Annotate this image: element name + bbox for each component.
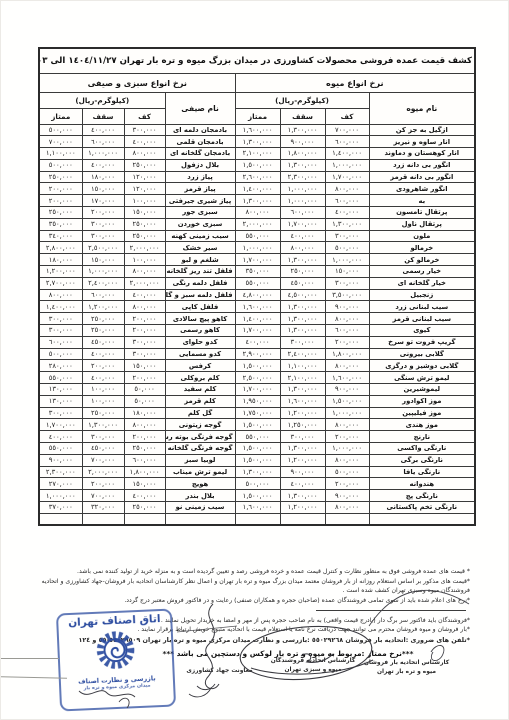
- veg-premium-cell: ٢٥٠,٠٠٠: [39, 207, 82, 219]
- fruit-premium-cell: ٤,٨٠٠,٠٠٠: [235, 289, 280, 301]
- fruit-premium-cell: ١,٥٠٠,٠٠٠: [235, 360, 280, 372]
- fruit-premium-cell: ١,٥٠٠,٠٠٠: [235, 159, 280, 171]
- veg-premium-cell: ١,٧٠٠,٠٠٠: [39, 419, 82, 431]
- veg-premium-cell: ٣٤٠,٠٠٠: [39, 230, 82, 242]
- veg-premium-cell: ١٨٠,٠٠٠: [39, 254, 82, 266]
- fruit-name-cell: انگور بی دانه قرمز: [369, 171, 475, 183]
- fruit-ceiling-cell: ١,٣٠٠,٠٠٠: [280, 159, 325, 171]
- veg-premium-cell: ١٣٠,٠٠٠: [39, 384, 82, 396]
- fruit-name-cell: ازگیل به جز کن: [369, 124, 475, 136]
- fruit-ceiling-cell: ١,٢٠٠,٠٠٠: [280, 502, 325, 514]
- table-row: نارنگی یافا٥٠٠,٠٠٠٩٠٠,٠٠٠١,٣٠٠,٠٠٠لیمو ت…: [39, 466, 475, 478]
- scan-artifact-line: [1, 658, 59, 659]
- fruit-ceiling-cell: ١,٢٠٠,٠٠٠: [280, 407, 325, 419]
- table-row: لیمو ترش سنگی١,٦٠٠,٠٠٠٢,١٠٠,٠٠٠٢,٥٠٠,٠٠٠…: [39, 372, 475, 384]
- fruit-ceiling-cell: ١,٣٠٠,٠٠٠: [280, 490, 325, 502]
- veg-premium-cell: ٥٠٠,٠٠٠: [39, 124, 82, 136]
- table-row: انگور بی دانه زرد١,٠٠٠,٠٠٠١,٣٠٠,٠٠٠١,٥٠٠…: [39, 159, 475, 171]
- fruit-name-cell: کیوی: [369, 325, 475, 337]
- veg-name-cell: کرفس: [165, 360, 235, 372]
- fruit-name-cell: لیمو ترش سنگی: [369, 372, 475, 384]
- table-row: موز هندی٨٠٠,٠٠٠١,٢٥٠,٠٠٠١,٥٠٠,٠٠٠گوجه زی…: [39, 419, 475, 431]
- fruit-premium-cell: ١,٧٥٠,٠٠٠: [235, 407, 280, 419]
- fruit-name-cell: نارنگی تخم پاکستانی: [369, 502, 475, 514]
- veg-name-cell: هویج: [165, 478, 235, 490]
- fruit-ceiling-cell: ١,٣٠٠,٠٠٠: [280, 124, 325, 136]
- guild-chamber-stamp: اتاق اصناف تهران بازرسی و نظارت اصناف می…: [56, 609, 176, 712]
- veg-floor-cell: ٣٠٠,٠٠٠: [124, 336, 165, 348]
- veg-name-cell: گوجه فرنگی بوته رس: [165, 431, 235, 443]
- fruit-premium-cell: ٢,٥٠٠,٠٠٠: [235, 372, 280, 384]
- table-row: لیموشیرین٩٠٠,٠٠٠١,٣٠٠,٠٠٠١,٧٠٠,٠٠٠کلم سف…: [39, 384, 475, 396]
- table-row: انار ساوه و نیریز٦٠٠,٠٠٠٩٠٠,٠٠٠١,٣٠٠,٠٠٠…: [39, 136, 475, 148]
- table-row: نارنگی تخم پاکستانی٨٠٠,٠٠٠١,٢٠٠,٠٠٠١,٦٠٠…: [39, 502, 475, 514]
- table-row: ازگیل به جز کن٧٠٠,٠٠٠١,٣٠٠,٠٠٠١,٦٠٠,٠٠٠ب…: [39, 124, 475, 136]
- signature-label-jahad: معاونت جهاد کشاورزی: [177, 667, 262, 676]
- veg-floor-cell: ٨٠٠,٠٠٠: [124, 266, 165, 278]
- fruit-floor-cell: ٦٠٠,٠٠٠: [325, 325, 369, 337]
- veg-name-cell: فلفل تند ریز گلخانه: [165, 266, 235, 278]
- veg-premium-cell: ٣٧٠,٠٠٠: [39, 502, 82, 514]
- veg-floor-cell: ٢٥٠,٠٠٠: [124, 502, 165, 514]
- veg-ceiling-cell: ٤٠٠,٠٠٠: [82, 348, 124, 360]
- veg-name-cell: لوبیا سبز: [165, 454, 235, 466]
- veg-ceiling-cell: ٢٥٠,٠٠٠: [82, 325, 124, 337]
- veg-premium-cell: ٢٥٠,٠٠٠: [39, 171, 82, 183]
- veg-floor-cell: ١٠٠,٠٠٠: [124, 254, 165, 266]
- fruit-ceiling-cell: ١,٧٠٠,٠٠٠: [280, 218, 325, 230]
- fruit-name-cell: ملون: [369, 230, 475, 242]
- table-row: موز فیلیپین١,٠٠٠,٠٠٠١,٢٠٠,٠٠٠١,٧٥٠,٠٠٠گل…: [39, 407, 475, 419]
- fruit-name-cell: گلابی بیرونی: [369, 348, 475, 360]
- fruit-floor-cell: ١,٨٠٠,٠٠٠: [325, 348, 369, 360]
- veg-floor-cell: ١٨٠,٠٠٠: [124, 407, 165, 419]
- table-row: خرمالو کن١,٠٠٠,٠٠٠١,٣٠٠,٠٠٠١,٧٠٠,٠٠٠شلغم…: [39, 254, 475, 266]
- price-table-body: ازگیل به جز کن٧٠٠,٠٠٠١,٣٠٠,٠٠٠١,٦٠٠,٠٠٠ب…: [39, 124, 475, 525]
- veg-name-cell: سیب زمینی نو: [165, 502, 235, 514]
- fruit-ceiling-cell: ١,٨٠٠,٠٠٠: [280, 148, 325, 160]
- veg-name-cell: فلفل دلمه رنگی: [165, 277, 235, 289]
- veg-floor-cell: ٢٠٠,٠٠٠: [124, 313, 165, 325]
- fruit-floor-cell: ٢٠٠,٠٠٠: [325, 336, 369, 348]
- veg-premium-cell: ٦٠٠,٠٠٠: [39, 336, 82, 348]
- fruit-ceiling-cell: ١,٣٠٠,٠٠٠: [280, 301, 325, 313]
- fruit-name-cell: به: [369, 195, 475, 207]
- table-row: زنجبیل٣,٥٠٠,٠٠٠٤,٥٠٠,٠٠٠٤,٨٠٠,٠٠٠فلفل دل…: [39, 289, 475, 301]
- fruit-premium-cell: ١,٠٠٠,٠٠٠: [235, 242, 280, 254]
- fruit-ceiling-cell: ١,١٠٠,٠٠٠: [280, 360, 325, 372]
- table-row: پرتقال ناول١,٣٠٠,٠٠٠١,٧٠٠,٠٠٠٢,٠٠٠,٠٠٠سب…: [39, 218, 475, 230]
- fruit-floor-cell: ١,٦٠٠,٠٠٠: [325, 372, 369, 384]
- fruit-premium-cell: ١,٦٠٠,٠٠٠: [235, 502, 280, 514]
- veg-premium-cell: [39, 513, 82, 525]
- table-row: موز اکوادور١,٥٠٠,٠٠٠١,٦٠٠,٠٠٠١,٩٥٠,٠٠٠کل…: [39, 395, 475, 407]
- fruit-ceiling-cell: ١,٦٠٠,٠٠٠: [280, 395, 325, 407]
- fruit-premium-cell: ٢,٦٠٠,٠٠٠: [235, 171, 280, 183]
- veg-floor-cell: ١٢٠,٠٠٠: [124, 171, 165, 183]
- veg-name-cell: کدو حلوای: [165, 336, 235, 348]
- fruit-floor-cell: ٢٠٠,٠٠٠: [325, 431, 369, 443]
- fruit-ceiling-cell: ٤٠٠,٠٠٠: [280, 230, 325, 242]
- fruit-floor-cell: ٣٠٠,٠٠٠: [325, 277, 369, 289]
- fruit-premium-cell: ١,٧٠٠,٠٠٠: [235, 325, 280, 337]
- veg-floor-cell: ٤٠٠,٠٠٠: [124, 136, 165, 148]
- fruit-floor-cell: ٨٠٠,٠٠٠: [325, 183, 369, 195]
- veg-floor-cell: ٨٠٠,٠٠٠: [124, 419, 165, 431]
- fruit-premium-cell: ٥٥٠,٠٠٠: [235, 230, 280, 242]
- veg-ceiling-cell: ١,٠٠٠,٠٠٠: [82, 148, 124, 160]
- veg-ceiling-cell: ٢,٠٠٠,٠٠٠: [82, 466, 124, 478]
- fruit-premium-cell: ١,٩٥٠,٠٠٠: [235, 395, 280, 407]
- veg-floor-cell: ١٥٠,٠٠٠: [124, 360, 165, 372]
- fruit-name-cell: موز اکوادور: [369, 395, 475, 407]
- fruit-floor-cell: ٥٠٠,٠٠٠: [325, 242, 369, 254]
- veg-premium-cell: ٩٠٠,٠٠٠: [39, 454, 82, 466]
- fruit-premium-cell: ١,٦٠٠,٠٠٠: [235, 124, 280, 136]
- fruit-ceiling-cell: ٨٠٠,٠٠٠: [280, 242, 325, 254]
- fruit-name-cell: پرتقال ناول: [369, 218, 475, 230]
- table-row: انگور بی دانه قرمز١,٧٠٠,٠٠٠٢,٣٠٠,٠٠٠٢,٦٠…: [39, 171, 475, 183]
- document-page: کشف قیمت عمده فروشی محصولات کشاورزی در م…: [0, 0, 509, 720]
- fruit-section-header: نرخ انواع میوه: [235, 73, 475, 92]
- fruit-premium-cell: ٢,١٠٠,٠٠٠: [235, 148, 280, 160]
- table-row: نارنگی برگی٨٠٠,٠٠٠١,٢٠٠,٠٠٠١,٥٠٠,٠٠٠لوبی…: [39, 454, 475, 466]
- fruit-floor-cell: ٥٠٠,٠٠٠: [325, 466, 369, 478]
- veg-floor-cell: ٢٠٠,٠٠٠: [124, 372, 165, 384]
- table-row: گلابی بیرونی١,٨٠٠,٠٠٠٢,٤٠٠,٠٠٠٢,٩٠٠,٠٠٠ک…: [39, 348, 475, 360]
- veg-premium-cell: ٣٠٠,٠٠٠: [39, 407, 82, 419]
- fruit-name-cell: گریپ فروت تو سرخ: [369, 336, 475, 348]
- veg-ceiling-cell: ٢٥٠,٠٠٠: [82, 407, 124, 419]
- fruit-premium-cell: [235, 513, 280, 525]
- veg-ceiling-cell: ٧٠٠,٠٠٠: [82, 490, 124, 502]
- fruit-floor-cell: ١,٠٠٠,٠٠٠: [325, 407, 369, 419]
- fruit-ceiling-cell: ١,٣٠٠,٠٠٠: [280, 254, 325, 266]
- table-row: هندوانه٢٠٠,٠٠٠٤٠٠,٠٠٠٥٠٠,٠٠٠هویج١٥٠,٠٠٠٢…: [39, 478, 475, 490]
- title-row: کشف قیمت عمده فروشی محصولات کشاورزی در م…: [39, 48, 475, 73]
- veg-floor-cell: ٢٥٠,٠٠٠: [124, 230, 165, 242]
- fruit-name-cell: نارنج: [369, 431, 475, 443]
- fruit-floor-cell: ٧٠٠,٠٠٠: [325, 124, 369, 136]
- veg-ceiling-cell: ١٥٠,٠٠٠: [82, 183, 124, 195]
- veg-ceiling-cell: ٤٠٠,٠٠٠: [82, 124, 124, 136]
- fruit-name-cell: انگور شاهرودی: [369, 183, 475, 195]
- veg-ceiling-cell: ١٠٠,٠٠٠: [82, 384, 124, 396]
- fruit-floor-header: کف: [325, 108, 369, 124]
- veg-ceiling-cell: ١٥٠,٠٠٠: [82, 254, 124, 266]
- fruit-premium-cell: ١,٦٠٠,٠٠٠: [235, 301, 280, 313]
- veg-name-cell: شلغم و لبو: [165, 254, 235, 266]
- fruit-floor-cell: ٨٠٠,٠٠٠: [325, 419, 369, 431]
- table-row: خیار رسمی١٥٠,٠٠٠٢٥٠,٠٠٠٣٥٠,٠٠٠فلفل تند ر…: [39, 266, 475, 278]
- fruit-name-cell: زنجبیل: [369, 289, 475, 301]
- veg-ceiling-cell: ٣٠٠,٠٠٠: [82, 431, 124, 443]
- fruit-floor-cell: ١٥٠,٠٠٠: [325, 266, 369, 278]
- fruit-floor-cell: ٦٠٠,٠٠٠: [325, 195, 369, 207]
- fruit-ceiling-cell: [280, 513, 325, 525]
- veg-floor-cell: ٥٠,٠٠٠: [124, 384, 165, 396]
- fruit-name-cell: نارنگی یافا: [369, 466, 475, 478]
- fruit-premium-cell: ٤٠٠,٠٠٠: [235, 336, 280, 348]
- veg-premium-cell: ٨٠٠,٠٠٠: [39, 289, 82, 301]
- fruit-floor-cell: ٣٠٠,٠٠٠: [325, 230, 369, 242]
- veg-name-cell: بادمجان گلخانه ای: [165, 148, 235, 160]
- fruit-premium-cell: ٨٠٠,٠٠٠: [235, 207, 280, 219]
- veg-section-header: نرخ انواع سبزی و صیفی: [39, 73, 235, 92]
- fruit-floor-cell: ٩٠٠,٠٠٠: [325, 490, 369, 502]
- fruit-floor-cell: ١,٠٠٠,٠٠٠: [325, 159, 369, 171]
- veg-floor-cell: ١٢٠,٠٠٠: [124, 183, 165, 195]
- veg-ceiling-cell: ٤٥٠,٠٠٠: [82, 336, 124, 348]
- fruit-premium-header: ممتاز: [235, 108, 280, 124]
- veg-name-cell: بلال دزفول: [165, 159, 235, 171]
- veg-ceiling-cell: ١٨٠,٠٠٠: [82, 171, 124, 183]
- fruit-ceiling-cell: ١,٣٠٠,٠٠٠: [280, 384, 325, 396]
- veg-ceiling-cell: ٤٠٠,٠٠٠: [82, 159, 124, 171]
- fruit-name-cell: هندوانه: [369, 478, 475, 490]
- fruit-ceiling-header: سقف: [280, 108, 325, 124]
- fruit-ceiling-cell: ١,٠٠٠,٠٠٠: [280, 195, 325, 207]
- fruit-name-cell: نارنگی پج: [369, 490, 475, 502]
- veg-floor-cell: ٢٠٠,٠٠٠: [124, 325, 165, 337]
- veg-name-cell: لیمو ترش میناب: [165, 466, 235, 478]
- fruit-floor-cell: ١,٤٠٠,٠٠٠: [325, 148, 369, 160]
- veg-premium-cell: ٣٥٠,٠٠٠: [39, 218, 82, 230]
- fruit-floor-cell: [325, 513, 369, 525]
- veg-name-cell: پیاز زرد: [165, 171, 235, 183]
- fruit-floor-cell: ١,٧٠٠,٠٠٠: [325, 171, 369, 183]
- veg-ceiling-cell: ٦٠٠,٠٠٠: [82, 136, 124, 148]
- veg-floor-cell: ١,٨٠٠,٠٠٠: [124, 466, 165, 478]
- table-row: ملون٣٠٠,٠٠٠٤٠٠,٠٠٠٥٥٠,٠٠٠سیب زمینی کهنه٢…: [39, 230, 475, 242]
- veg-premium-cell: ٣٠٠,٠٠٠: [39, 313, 82, 325]
- veg-ceiling-cell: ٣٠٠,٠٠٠: [82, 230, 124, 242]
- fruit-name-cell: سیب لبنانی زرد: [369, 301, 475, 313]
- fruit-premium-cell: ٥٥٠,٠٠٠: [235, 431, 280, 443]
- veg-ceiling-cell: ٢,٤٠٠,٠٠٠: [82, 277, 124, 289]
- veg-floor-cell: ٥٠,٠٠٠: [124, 395, 165, 407]
- veg-premium-cell: ٢٠٠,٠٠٠: [39, 183, 82, 195]
- fruit-name-cell: لیموشیرین: [369, 384, 475, 396]
- table-row: نارنج٢٠٠,٠٠٠٣٠٠,٠٠٠٥٥٠,٠٠٠گوجه فرنگی بوت…: [39, 431, 475, 443]
- veg-ceiling-cell: ٣٢٠,٠٠٠: [82, 502, 124, 514]
- table-row: نارنگی پج٩٠٠,٠٠٠١,٣٠٠,٠٠٠١,٥٠٠,٠٠٠بلال ب…: [39, 490, 475, 502]
- veg-name-cell: سیر خشک: [165, 242, 235, 254]
- veg-floor-cell: ١٥٠,٠٠٠: [124, 207, 165, 219]
- fruit-floor-cell: ٨٠٠,٠٠٠: [325, 360, 369, 372]
- section-header-row: نرخ انواع میوه نرخ انواع سبزی و صیفی: [39, 73, 475, 92]
- veg-ceiling-cell: ٣٠٠,٠٠٠: [82, 218, 124, 230]
- veg-ceiling-cell: ٤٥٠,٠٠٠: [82, 443, 124, 455]
- fruit-ceiling-cell: ٤٥٠,٠٠٠: [280, 277, 325, 289]
- veg-name-cell: گوجه زیتونی: [165, 419, 235, 431]
- fruit-floor-cell: ٨٠٠,٠٠٠: [325, 454, 369, 466]
- veg-ceiling-cell: ١,٣٠٠,٠٠٠: [82, 419, 124, 431]
- veg-ceiling-cell: ١٧٠,٠٠٠: [82, 195, 124, 207]
- veg-premium-cell: ٧٠٠,٠٠٠: [39, 136, 82, 148]
- table-row: سیب لبنانی قرمز٨٠٠,٠٠٠١,٣٠٠,٠٠٠١,٤٠٠,٠٠٠…: [39, 313, 475, 325]
- fruit-name-cell: خرمالو: [369, 242, 475, 254]
- fruit-floor-cell: ١,٥٠٠,٠٠٠: [325, 395, 369, 407]
- veg-name-cell: پیاز شیری جیرفتی: [165, 195, 235, 207]
- fruit-ceiling-cell: ٣٠٠,٠٠٠: [280, 431, 325, 443]
- scanned-price-bulletin: { "title": "کشف قیمت عمده فروشی محصولات …: [0, 0, 509, 720]
- veg-premium-cell: ٥٥٠,٠٠٠: [39, 443, 82, 455]
- table-row: گلابی دوشیز و درگزی٨٠٠,٠٠٠١,١٠٠,٠٠٠١,٥٠٠…: [39, 360, 475, 372]
- ruled-line: [316, 609, 466, 611]
- fruit-ceiling-cell: ٤٠٠,٠٠٠: [280, 478, 325, 490]
- veg-floor-cell: ٤٠٠,٠٠٠: [124, 490, 165, 502]
- table-row: گریپ فروت تو سرخ٢٠٠,٠٠٠٣٠٠,٠٠٠٤٠٠,٠٠٠کدو…: [39, 336, 475, 348]
- fruit-ceiling-cell: ٢,١٠٠,٠٠٠: [280, 372, 325, 384]
- veg-premium-cell: ٢,٧٠٠,٠٠٠: [39, 277, 82, 289]
- fruit-name-cell: انار ساوه و نیریز: [369, 136, 475, 148]
- fruit-premium-cell: ١,٤٠٠,٠٠٠: [235, 183, 280, 195]
- table-row: کیوی٦٠٠,٠٠٠١,٣٠٠,٠٠٠١,٧٠٠,٠٠٠کاهو رسمی٢٠…: [39, 325, 475, 337]
- veg-premium-cell: ٥٠٠,٠٠٠: [39, 348, 82, 360]
- fruit-floor-cell: ٣,٥٠٠,٠٠٠: [325, 289, 369, 301]
- veg-floor-cell: ١٥٠,٠٠٠: [124, 478, 165, 490]
- veg-floor-cell: ٢٥٠,٠٠٠: [124, 218, 165, 230]
- unit-header-row: نام میوه (کیلوگرم-ریال) نام صیفی (کیلوگر…: [39, 92, 475, 108]
- veg-floor-cell: ٦٠٠,٠٠٠: [124, 454, 165, 466]
- veg-ceiling-cell: ٢,٥٠٠,٠٠٠: [82, 242, 124, 254]
- veg-ceiling-cell: ١,٢٠٠,٠٠٠: [82, 301, 124, 313]
- footnote-line: * قیمت های عمده فروشی فوق به منظور نظارت…: [36, 567, 470, 577]
- veg-name-cell: سیب زمینی کهنه: [165, 230, 235, 242]
- table-row: خرمالو٥٠٠,٠٠٠٨٠٠,٠٠٠١,٠٠٠,٠٠٠سیر خشک٢,٠٠…: [39, 242, 475, 254]
- veg-floor-cell: ١٠٠,٠٠٠: [124, 195, 165, 207]
- veg-premium-header: ممتاز: [39, 108, 82, 124]
- fruit-name-cell: نارنگی واکسی: [369, 443, 475, 455]
- veg-name-cell: بادمجان قلمی: [165, 136, 235, 148]
- fruit-ceiling-cell: ٢,٣٠٠,٠٠٠: [280, 171, 325, 183]
- veg-premium-cell: ١,٤٠٠,٠٠٠: [39, 301, 82, 313]
- footnote-line: *قیمت های مذکور بر اساس استعلام روزانه ا…: [36, 577, 470, 596]
- fruit-ceiling-cell: ٢٥٠,٠٠٠: [280, 266, 325, 278]
- veg-ceiling-cell: ١٠٠,٠٠٠: [82, 395, 124, 407]
- veg-premium-cell: ٢,٨٠٠,٠٠٠: [39, 242, 82, 254]
- veg-floor-header: کف: [124, 108, 165, 124]
- veg-premium-cell: ١,٢٠٠,٠٠٠: [39, 266, 82, 278]
- veg-unit-header: (کیلوگرم-ریال): [39, 92, 165, 108]
- fruit-ceiling-cell: ٤,٥٠٠,٠٠٠: [280, 289, 325, 301]
- veg-name-cell: پیاز قرمز: [165, 183, 235, 195]
- fruit-premium-cell: ١,٥٠٠,٠٠٠: [235, 419, 280, 431]
- veg-name-cell: بلال بندر: [165, 490, 235, 502]
- veg-name-cell: گل کلم: [165, 407, 235, 419]
- veg-ceiling-cell: ٢٥٠,٠٠٠: [82, 313, 124, 325]
- veg-name-cell: کاهو پیچ سالادی: [165, 313, 235, 325]
- veg-premium-cell: ٤٠٠,٠٠٠: [39, 431, 82, 443]
- veg-name-cell: کلم بروکلی: [165, 372, 235, 384]
- fruit-name-cell: انار کوهستان و دماوند: [369, 148, 475, 160]
- veg-premium-cell: ٢٠٠,٠٠٠: [39, 195, 82, 207]
- fruit-name-cell: خرمالو کن: [369, 254, 475, 266]
- fruit-unit-header: (کیلوگرم-ریال): [235, 92, 369, 108]
- veg-ceiling-cell: ٧٠٠,٠٠٠: [82, 454, 124, 466]
- fruit-premium-cell: ١,٧٠٠,٠٠٠: [235, 254, 280, 266]
- veg-floor-cell: ٨٠٠,٠٠٠: [124, 301, 165, 313]
- veg-ceiling-cell: [82, 513, 124, 525]
- veg-name-cell: کلم قرمز: [165, 395, 235, 407]
- fruit-ceiling-cell: ١,٠٠٠,٠٠٠: [280, 183, 325, 195]
- veg-floor-cell: ٢,٠٠٠,٠٠٠: [124, 277, 165, 289]
- veg-name-cell: کدو مسمایی: [165, 348, 235, 360]
- veg-premium-cell: ١,٠٠٠,٠٠٠: [39, 490, 82, 502]
- scan-artifact-line: [1, 676, 67, 679]
- veg-floor-cell: ٢٥٠,٠٠٠: [124, 159, 165, 171]
- fruit-premium-cell: ١,٣٠٠,٠٠٠: [235, 466, 280, 478]
- veg-ceiling-cell: ١,٠٠٠,٠٠٠: [82, 266, 124, 278]
- veg-premium-cell: ٥٥٠,٠٠٠: [39, 372, 82, 384]
- fruit-premium-cell: ١,٧٠٠,٠٠٠: [235, 384, 280, 396]
- fruit-floor-cell: ١,٣٠٠,٠٠٠: [325, 218, 369, 230]
- veg-premium-cell: ٢٨٠,٠٠٠: [39, 360, 82, 372]
- fruit-ceiling-cell: ١,٢٥٠,٠٠٠: [280, 419, 325, 431]
- fruit-name-cell: گلابی دوشیز و درگزی: [369, 360, 475, 372]
- veg-floor-cell: ٤٠٠,٠٠٠: [124, 289, 165, 301]
- table-row: [39, 513, 475, 525]
- fruit-ceiling-cell: ١,٣٠٠,٠٠٠: [280, 325, 325, 337]
- veg-name-header: نام صیفی: [165, 92, 235, 124]
- table-row: انار کوهستان و دماوند١,٤٠٠,٠٠٠١,٨٠٠,٠٠٠٢…: [39, 148, 475, 160]
- veg-floor-cell: ٢٥٠,٠٠٠: [124, 443, 165, 455]
- document-title: کشف قیمت عمده فروشی محصولات کشاورزی در م…: [39, 48, 475, 73]
- veg-name-cell: [165, 513, 235, 525]
- fruit-ceiling-cell: ٢,٤٠٠,٠٠٠: [280, 348, 325, 360]
- veg-premium-cell: ٣٠٠,٠٠٠: [39, 325, 82, 337]
- veg-name-cell: سبزی خوردن: [165, 218, 235, 230]
- veg-floor-cell: [124, 513, 165, 525]
- signature-label-foroushandegan: کارشناس اتحادیه فروشندگانمیوه و سبزی تهر…: [258, 657, 368, 674]
- fruit-floor-cell: ١,٠٠٠,٠٠٠: [325, 254, 369, 266]
- fruit-ceiling-cell: ١,٢٠٠,٠٠٠: [280, 454, 325, 466]
- fruit-name-cell: نارنگی برگی: [369, 454, 475, 466]
- fruit-name-cell: پرتقال تامسون: [369, 207, 475, 219]
- table-row: انگور شاهرودی٨٠٠,٠٠٠١,٠٠٠,٠٠٠١,٤٠٠,٠٠٠پی…: [39, 183, 475, 195]
- fruit-name-cell: سیب لبنانی قرمز: [369, 313, 475, 325]
- fruit-floor-cell: ٩٠٠,٠٠٠: [325, 384, 369, 396]
- fruit-ceiling-cell: ١,٣٠٠,٠٠٠: [280, 443, 325, 455]
- veg-name-cell: فلفل کاپی: [165, 301, 235, 313]
- fruit-name-cell: موز هندی: [369, 419, 475, 431]
- fruit-premium-cell: ١,٤٠٠,٠٠٠: [235, 313, 280, 325]
- veg-ceiling-header: سقف: [82, 108, 124, 124]
- veg-premium-cell: ٥٠٠,٠٠٠: [39, 159, 82, 171]
- table-row: پرتقال تامسون٤٠٠,٠٠٠٦٠٠,٠٠٠٨٠٠,٠٠٠سبزی ج…: [39, 207, 475, 219]
- fruit-ceiling-cell: ٣٠٠,٠٠٠: [280, 336, 325, 348]
- veg-floor-cell: ٨٠٠,٠٠٠: [124, 148, 165, 160]
- veg-name-cell: کاهو رسمی: [165, 325, 235, 337]
- veg-premium-cell: ١,١٠٠,٠٠٠: [39, 148, 82, 160]
- gear-logo-icon: [90, 626, 142, 678]
- veg-name-cell: فلفل دلمه سبز و گلخانه: [165, 289, 235, 301]
- fruit-premium-cell: ٣٥٠,٠٠٠: [235, 266, 280, 278]
- table-row: به٦٠٠,٠٠٠١,٠٠٠,٠٠٠١,٣٠٠,٠٠٠پیاز شیری جیر…: [39, 195, 475, 207]
- veg-premium-cell: ٢,٣٠٠,٠٠٠: [39, 466, 82, 478]
- fruit-floor-cell: ٩٠٠,٠٠٠: [325, 301, 369, 313]
- veg-floor-cell: ٣٠٠,٠٠٠: [124, 348, 165, 360]
- price-table: کشف قیمت عمده فروشی محصولات کشاورزی در م…: [38, 47, 476, 526]
- veg-ceiling-cell: ٢٠٠,٠٠٠: [82, 478, 124, 490]
- veg-name-cell: سبزی جور: [165, 207, 235, 219]
- veg-name-cell: کلم سفید: [165, 384, 235, 396]
- fruit-floor-cell: ٨٠٠,٠٠٠: [325, 502, 369, 514]
- veg-name-cell: گوجه فرنگی گلخانه: [165, 443, 235, 455]
- fruit-name-cell: خیار گلخانه ای: [369, 277, 475, 289]
- fruit-premium-cell: ١,٣٠٠,٠٠٠: [235, 136, 280, 148]
